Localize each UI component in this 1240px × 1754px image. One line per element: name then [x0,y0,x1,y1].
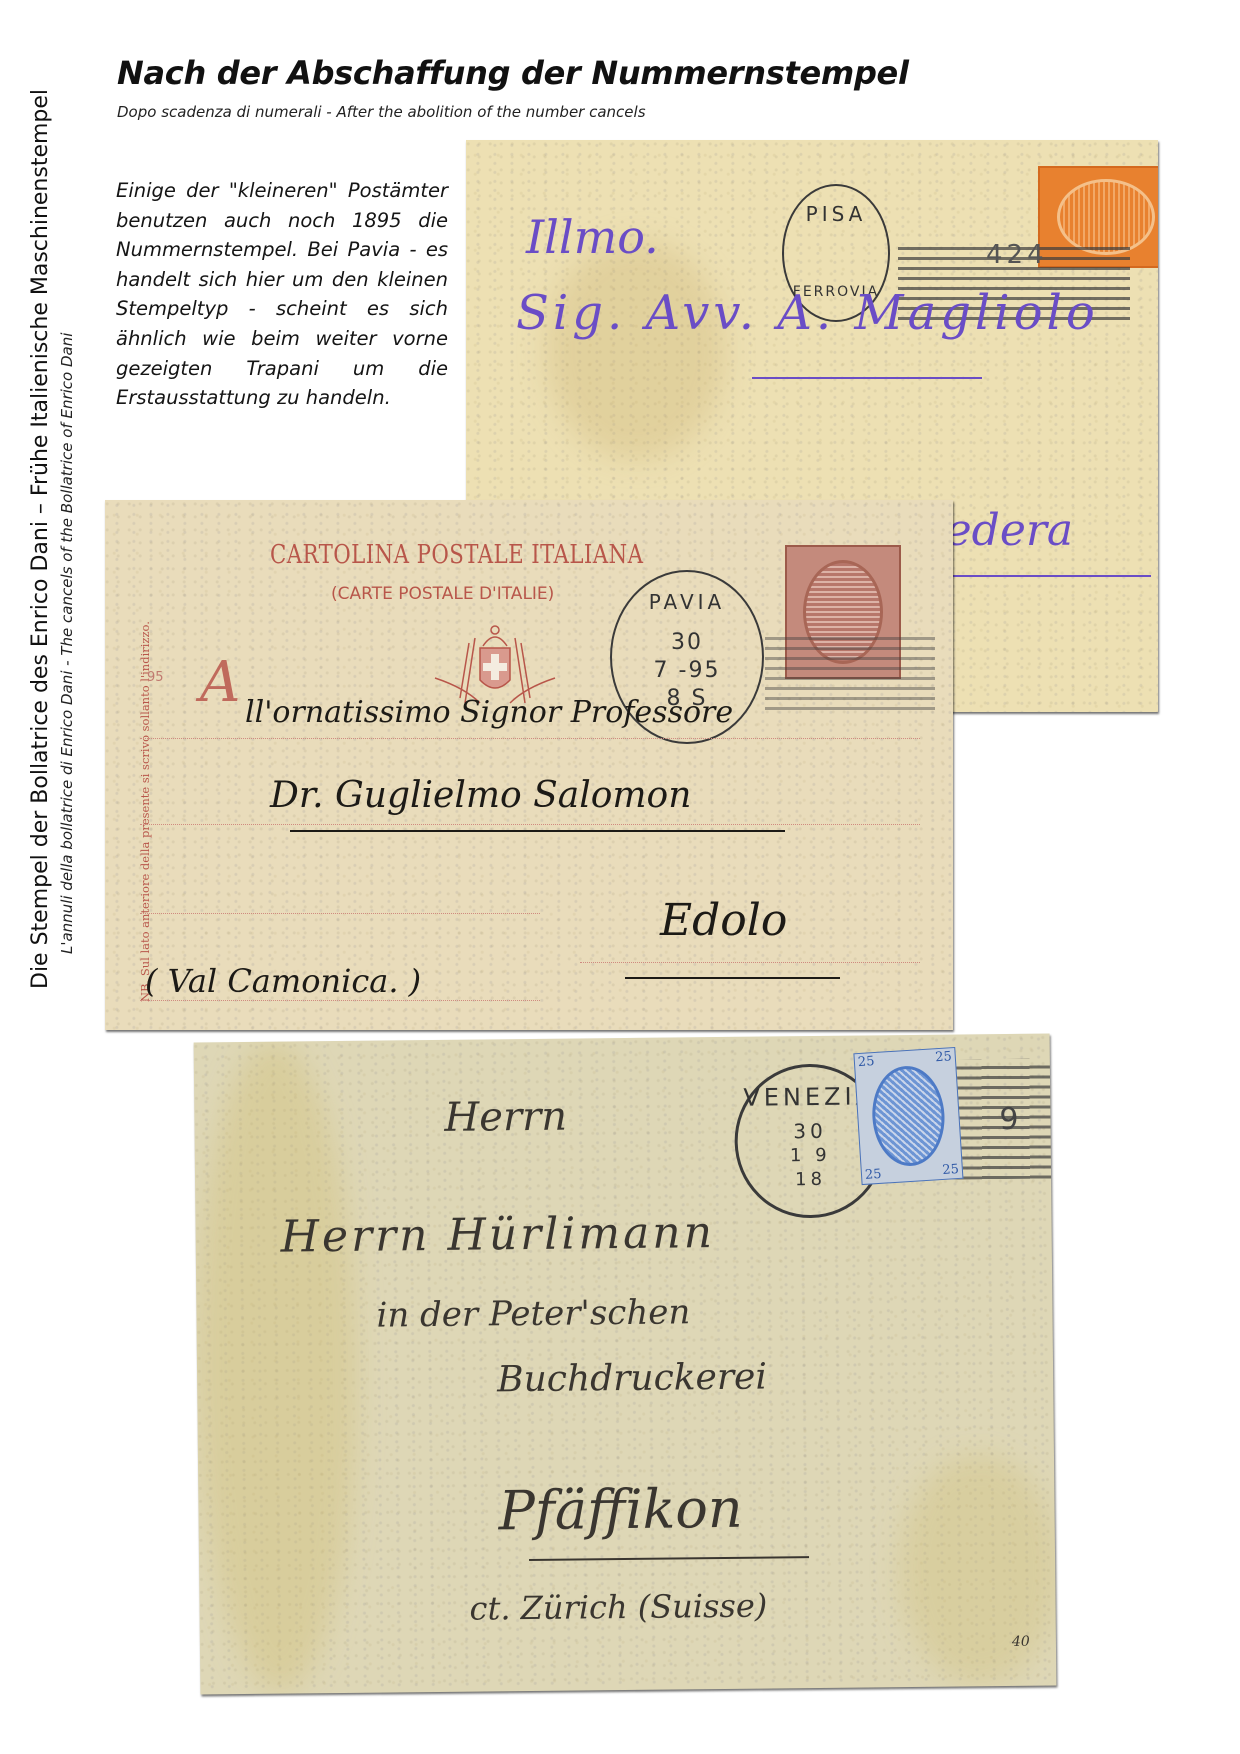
address-line: Buchdruckerei [497,1357,767,1401]
envelope-venezia: 9 VENEZIA 30 1 9 18 25 25 25 25 Herrn He… [194,1034,1057,1695]
description-text: Einige der "kleineren" Po­stämter benutz… [116,176,448,413]
address-line: ct. Zürich (Suisse) [469,1587,767,1628]
postmark-city: PAVIA [612,590,762,614]
stamp-portrait-oval [869,1064,947,1168]
address-line: Illmo. [526,210,659,264]
address-line: Herrn Hürlimann [280,1207,715,1263]
address-line: Dr. Guglielmo Salomon [270,775,691,816]
postcard-subtitle: (CARTE POSTALE D'ITALIE) [331,584,554,604]
address-rule [580,962,920,963]
address-line: ll'ornatissimo Signor Professore [245,695,733,730]
postmark-date: 30 [612,630,762,655]
stamp-corner-value: 25 [942,1162,959,1178]
address-rule [140,824,920,825]
postcard-title: CARTOLINA POSTALE ITALIANA [270,540,643,570]
address-underline [752,377,982,379]
page-title: Nach der Abschaffung der Nummernstempel [117,54,909,92]
address-underline [290,830,785,832]
address-line: in der Peter'schen [376,1292,690,1335]
postcard-side-note: NB. Sul lato anteriore della presente si… [138,522,152,1002]
number-cancel: 424 [986,240,1048,270]
address-rule [140,1000,540,1001]
address-line: Pfäffikon [498,1477,743,1543]
address-line: Herrn [444,1094,567,1141]
postcard-number: 95 [147,670,164,685]
address-underline [625,977,840,979]
stamp-corner-value: 25 [935,1049,952,1065]
address-line: Sig. Avv. A. Magliolo [516,285,1099,341]
stamp-blue-25c: 25 25 25 25 [853,1047,963,1185]
paper-stain [546,240,726,460]
page-subtitle: Dopo scadenza di numerali - After the ab… [117,103,646,121]
address-rule [140,913,540,914]
pencil-note: 40 [1012,1634,1030,1650]
series-subtitle: L'annuli della bollatrice di Enrico Dani… [58,333,76,954]
address-line: Edolo [660,895,787,946]
address-line: ( Val Camonica. ) [145,962,421,1000]
address-initial: A [200,650,240,715]
postmark-city: PISA [784,202,888,226]
number-cancel: 9 [999,1102,1022,1137]
series-title: Die Stempel der Bollatrice des Enrico Da… [28,89,53,989]
address-rule [140,738,920,739]
postmark-date: 7 -95 [612,658,762,683]
number-cancel-bars [765,630,935,710]
side-title-block: Die Stempel der Bollatrice des Enrico Da… [0,0,90,1754]
stamp-corner-value: 25 [865,1167,882,1183]
stamp-corner-value: 25 [857,1054,874,1070]
postcard-pavia: CARTOLINA POSTALE ITALIANA (CARTE POSTAL… [105,500,953,1030]
